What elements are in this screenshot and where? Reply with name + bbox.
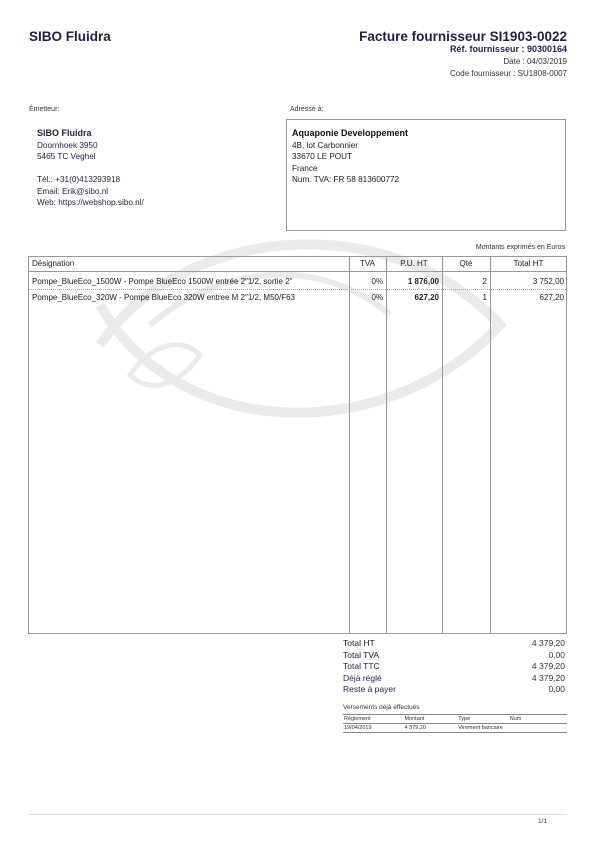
- column-header-designation: Désignation: [32, 259, 74, 268]
- total-ht-row: Total HT 4 379,20: [343, 638, 565, 650]
- column-header-total-ht: Total HT: [490, 259, 567, 268]
- row-quantity: 2: [442, 277, 487, 286]
- totals-block: Total HT 4 379,20 Total TVA 0,00 Total T…: [343, 638, 565, 696]
- payment-type: Virement bancaire: [457, 724, 509, 733]
- issuer-phone: Tél.: +31(0)413293918: [37, 174, 144, 186]
- column-header-tva: TVA: [349, 259, 386, 268]
- payment-num: [509, 724, 567, 733]
- row-unit-price: 627,20: [386, 293, 439, 302]
- row-designation: Pompe_BlueEco_1500W - Pompe BlueEco 1500…: [32, 277, 293, 286]
- row-unit-price: 1 876,00: [386, 277, 439, 286]
- page-number: 1/1: [538, 818, 547, 825]
- row-total: 627,20: [490, 293, 564, 302]
- total-label: Déjà réglé: [343, 673, 382, 685]
- invoice-title: Facture fournisseur SI1903-0022: [359, 29, 567, 44]
- recipient-label: Adressé à:: [290, 106, 323, 113]
- row-tva: 0%: [349, 293, 383, 302]
- invoice-lines-table: Désignation TVA P.U. HT Qté Total HT Pom…: [28, 256, 567, 634]
- column-divider: [490, 257, 491, 633]
- recipient-name: Aquaponie Developpement: [292, 128, 408, 140]
- payments-table: Règlement Montant Type Num 19/04/2019 4 …: [343, 714, 567, 733]
- issuer-address-line2: 5465 TC Veghel: [37, 151, 144, 163]
- currency-note: Montants exprimés en Euros: [476, 244, 565, 251]
- footer-divider: [28, 814, 567, 815]
- issuer-web: Web: https://webshop.sibo.nl/: [37, 197, 144, 209]
- recipient-country: France: [292, 163, 408, 175]
- column-header-pu-ht: P.U. HT: [386, 259, 442, 268]
- recipient-address-line2: 33670 LE POUT: [292, 151, 408, 163]
- row-quantity: 1: [442, 293, 487, 302]
- recipient-address-block: Aquaponie Developpement 4B, lot Carbonni…: [292, 128, 408, 186]
- payments-header-date: Règlement: [343, 715, 403, 724]
- total-label: Total TTC: [343, 661, 380, 673]
- invoice-date: Date : 04/03/2019: [503, 57, 567, 66]
- payments-header-num: Num: [509, 715, 567, 724]
- total-label: Reste à payer: [343, 684, 396, 696]
- supplier-code: Code fournisseur : SU1808-0007: [450, 69, 567, 78]
- supplier-reference: Réf. fournisseur : 90300164: [450, 44, 567, 54]
- issuer-address-line1: Doornhoek 3950: [37, 140, 144, 152]
- total-value: 4 379,20: [532, 638, 565, 650]
- issuer-name: SIBO Fluidra: [37, 128, 144, 140]
- table-row: Pompe_BlueEco_1500W - Pompe BlueEco 1500…: [29, 274, 566, 290]
- total-value: 0,00: [548, 650, 565, 662]
- column-header-qty: Qté: [442, 259, 490, 268]
- row-total: 3 752,00: [490, 277, 564, 286]
- payments-header-type: Type: [457, 715, 509, 724]
- company-name: SIBO Fluidra: [29, 29, 111, 44]
- column-divider: [349, 257, 350, 633]
- payment-row: 19/04/2019 4 379,20 Virement bancaire: [343, 724, 567, 733]
- table-row: Pompe_BlueEco_320W - Pompe BlueEco 320W …: [29, 290, 566, 305]
- total-label: Total HT: [343, 638, 375, 650]
- total-ttc-row: Total TTC 4 379,20: [343, 661, 565, 673]
- remaining-row: Reste à payer 0,00: [343, 684, 565, 696]
- column-divider: [442, 257, 443, 633]
- payment-date: 19/04/2019: [343, 724, 403, 733]
- header-divider: [29, 271, 566, 272]
- already-paid-row: Déjà réglé 4 379,20: [343, 673, 565, 685]
- payments-header-amount: Montant: [403, 715, 457, 724]
- row-designation: Pompe_BlueEco_320W - Pompe BlueEco 320W …: [32, 293, 295, 302]
- total-tva-row: Total TVA 0,00: [343, 650, 565, 662]
- issuer-email: Email: Erik@sibo.nl: [37, 186, 144, 198]
- column-divider: [386, 257, 387, 633]
- recipient-address-line1: 4B, lot Carbonnier: [292, 140, 408, 152]
- payment-amount: 4 379,20: [403, 724, 457, 733]
- payments-section: Versements déjà effectués Règlement Mont…: [343, 704, 567, 733]
- recipient-vat: Num. TVA: FR 58 813600772: [292, 174, 408, 186]
- issuer-label: Émetteur:: [29, 106, 59, 113]
- row-tva: 0%: [349, 277, 383, 286]
- issuer-address-block: SIBO Fluidra Doornhoek 3950 5465 TC Vegh…: [37, 128, 144, 209]
- total-label: Total TVA: [343, 650, 379, 662]
- total-value: 4 379,20: [532, 673, 565, 685]
- payments-title: Versements déjà effectués: [343, 704, 567, 711]
- total-value: 4 379,20: [532, 661, 565, 673]
- total-value: 0,00: [548, 684, 565, 696]
